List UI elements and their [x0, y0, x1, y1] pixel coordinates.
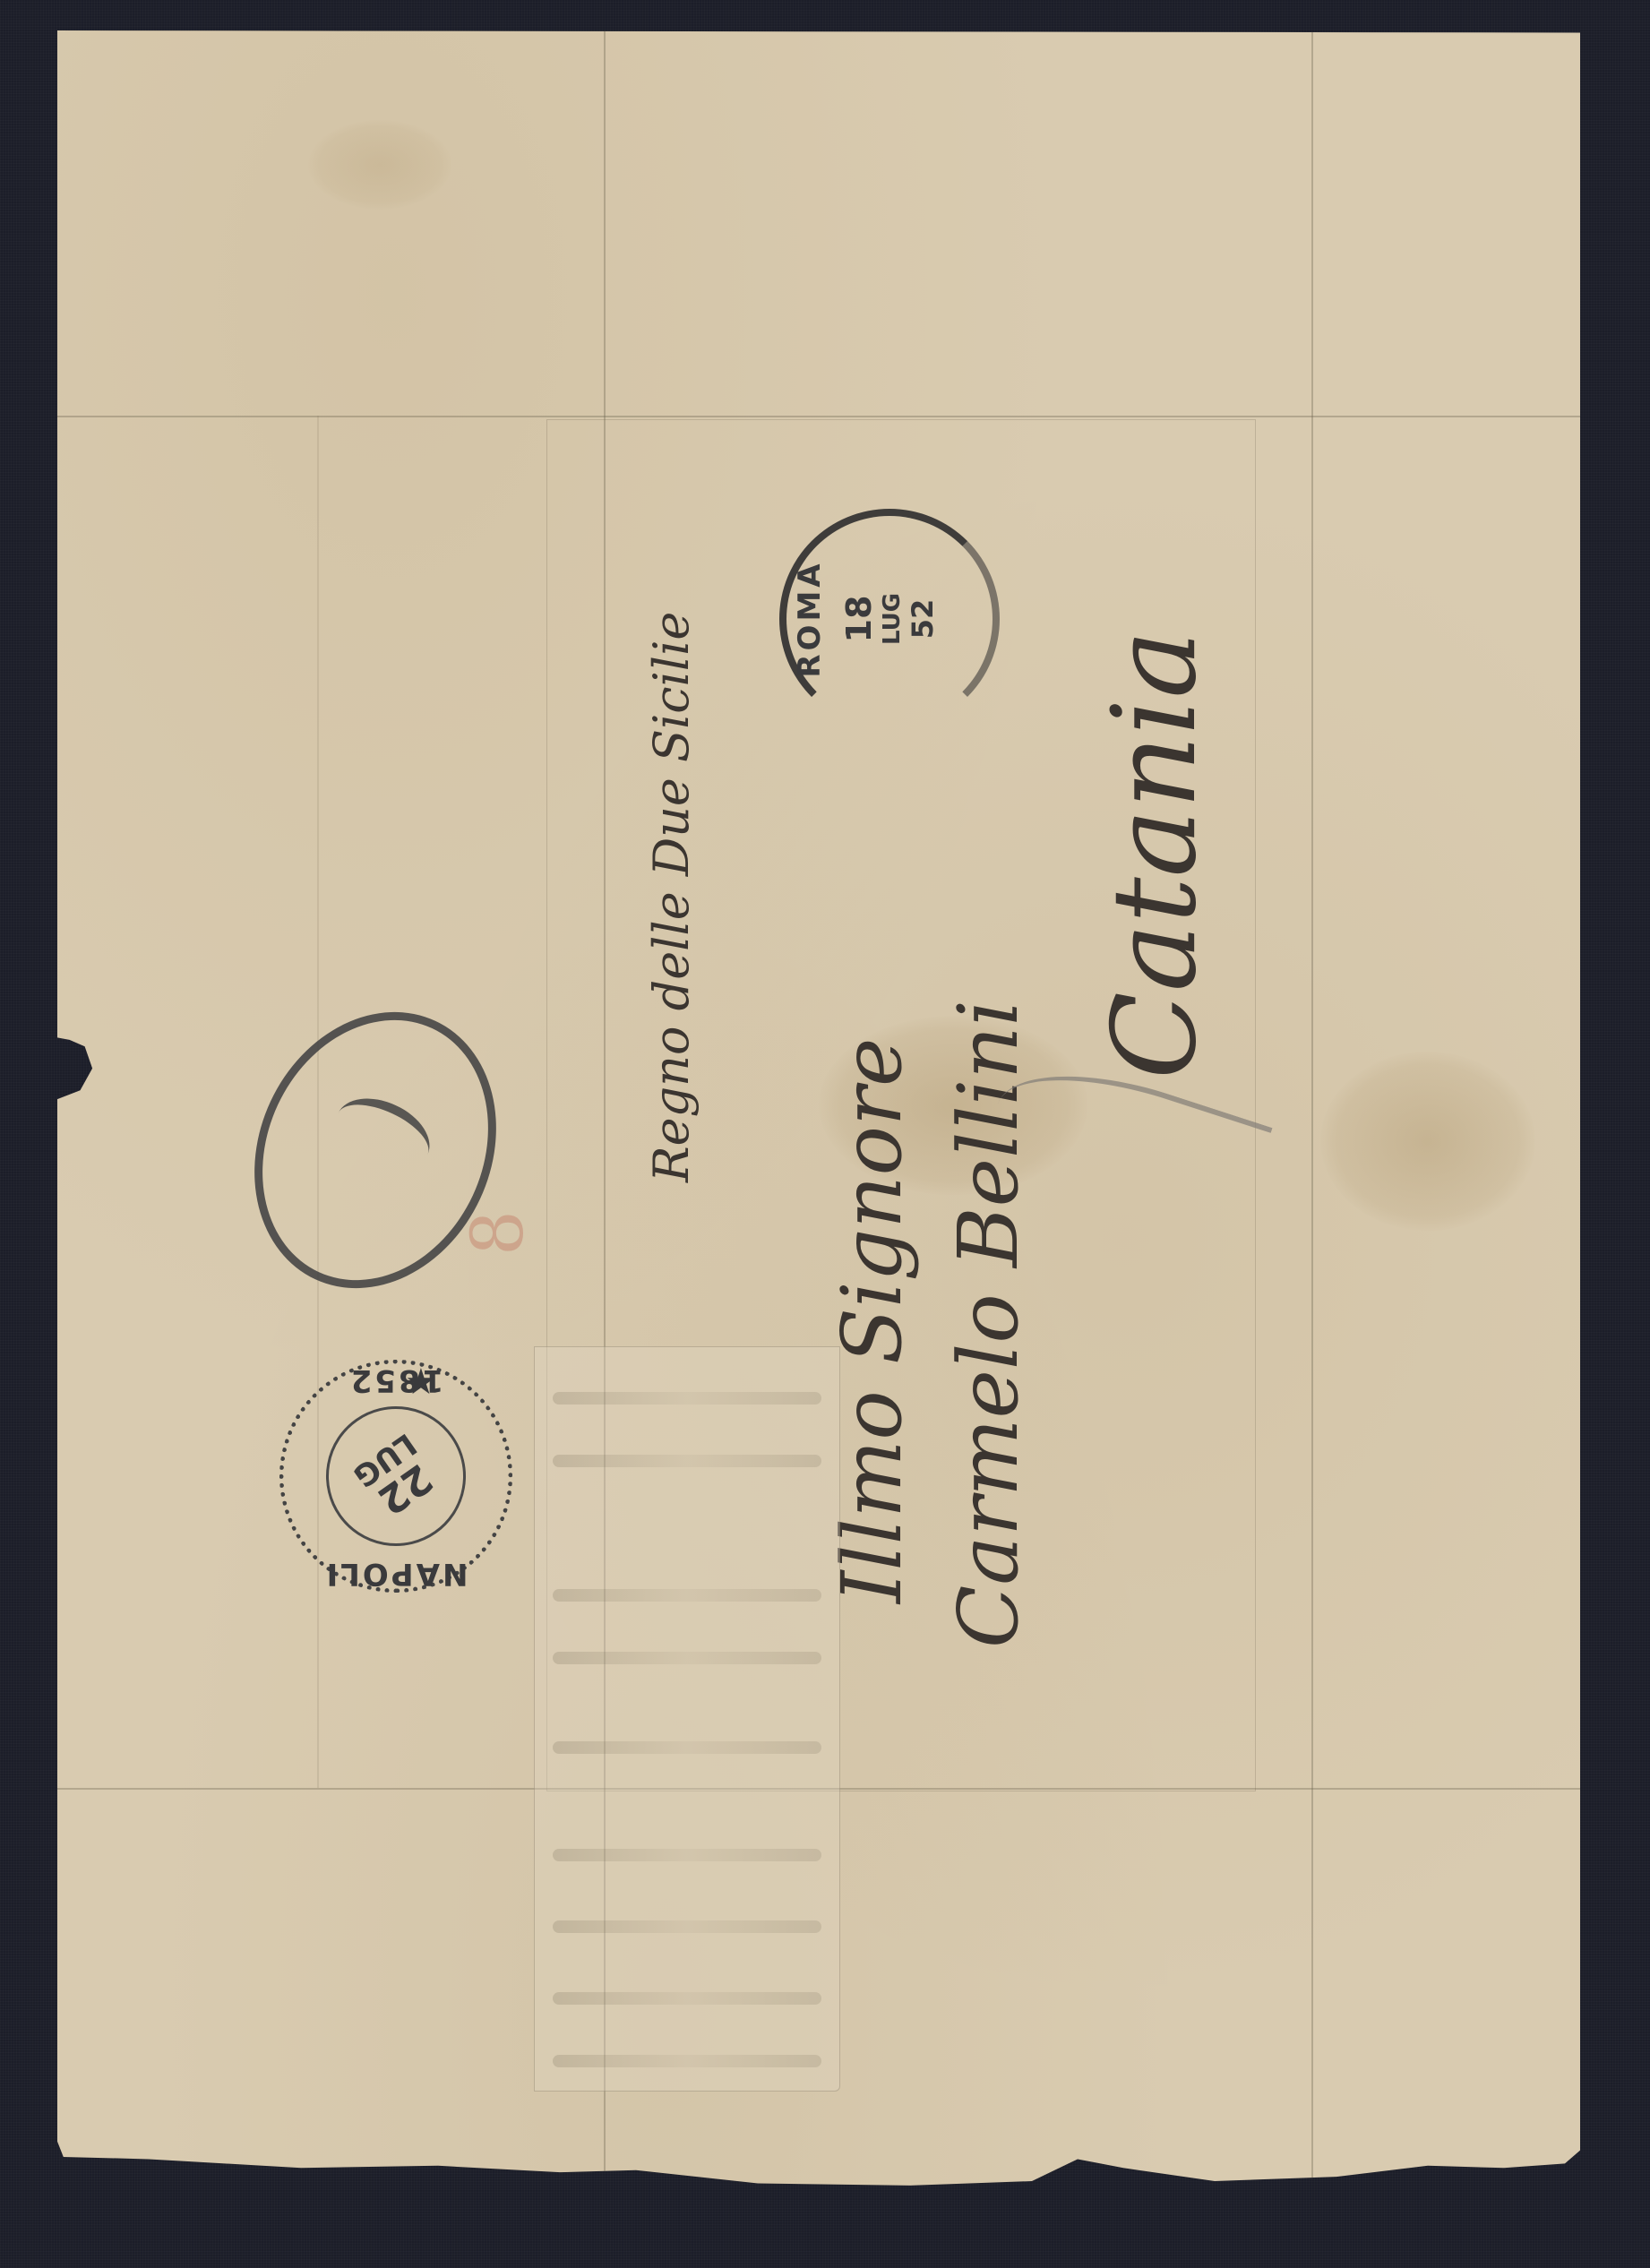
show-through-text: [553, 1992, 821, 2005]
water-stain-right: [1320, 1052, 1535, 1231]
hinge-strip: [534, 1346, 840, 2092]
show-through-text: [553, 1920, 821, 1933]
kingdom-line: Regno delle Due Sicilie: [643, 612, 700, 1182]
show-through-text: [553, 1392, 821, 1405]
postmark-town: ROMA: [792, 560, 828, 677]
show-through-text: [553, 1741, 821, 1754]
napoli-postmark: NAPOLI 22 LUG 1852: [279, 1360, 512, 1593]
show-through-text: [553, 1652, 821, 1664]
star-ornament-icon: ★: [405, 1362, 437, 1403]
postmark-day: 18: [839, 596, 879, 643]
roma-postmark: ROMA 18 LUG 52: [779, 509, 1000, 729]
postmark-month: LUG: [879, 593, 906, 645]
show-through-text: [553, 1849, 821, 1861]
fold-line-right: [1311, 30, 1313, 2229]
rate-mark: 8: [456, 1210, 539, 1256]
oval-handstamp-emblem: [325, 1085, 441, 1183]
postmark-town: NAPOLI: [324, 1556, 468, 1592]
foxing-spot-top: [308, 120, 451, 210]
show-through-text: [553, 2055, 821, 2067]
city-line: Catania: [1088, 630, 1222, 1079]
postmark-year: 52: [906, 599, 940, 640]
fold-line-top: [57, 416, 1580, 417]
postmark-date-circle: 22 LUG: [298, 1379, 493, 1573]
show-through-text: [553, 1589, 821, 1602]
show-through-text: [553, 1455, 821, 1467]
